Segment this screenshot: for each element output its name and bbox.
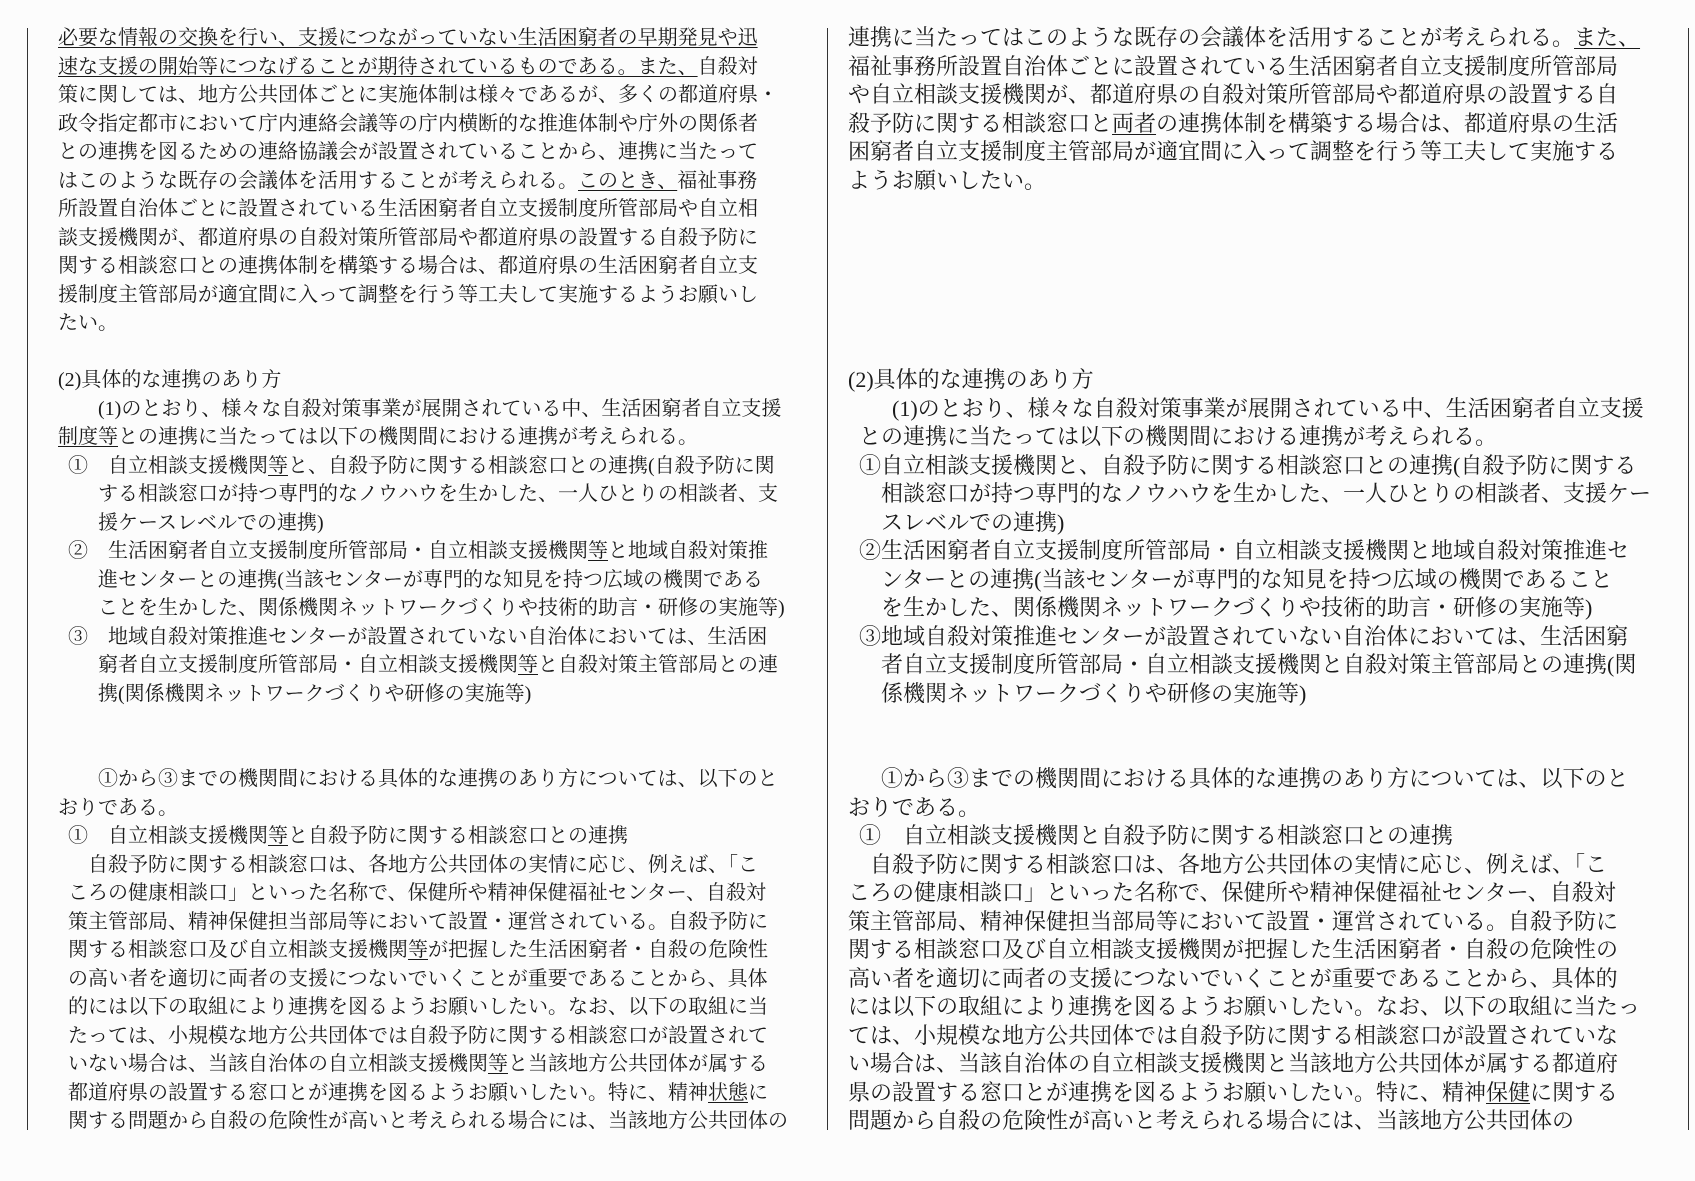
- text-segment: と、自殺予防に関する相談窓口との連携(自殺予防に関: [288, 455, 775, 477]
- text-line: 福祉事務所設置自治体ごとに設置されている生活困窮者自立支援制度所管部局: [848, 53, 1651, 82]
- underlined-text: 等: [488, 1053, 508, 1075]
- text-line: 策主管部局、精神保健担当部局等において設置・運営されている。自殺予防に: [58, 908, 788, 937]
- text-line: との連携に当たっては以下の機関間における連携が考えられる。: [848, 423, 1651, 452]
- text-line: 速な支援の開始等につなげることが期待されているものである。また、自殺対: [58, 53, 788, 82]
- text-segment: 関する問題から自殺の危険性が高いと考えられる場合には、当該地方公共団体の: [68, 1110, 788, 1132]
- text-line: [848, 224, 1651, 253]
- text-segment: には以下の取組により連携を図るようお願いしたい。なお、以下の取組に当たっ: [848, 994, 1640, 1019]
- text-line: 相談窓口が持つ専門的なノウハウを生かした、一人ひとりの相談者、支援ケー: [848, 480, 1651, 509]
- text-line: 関する相談窓口との連携体制を構築する場合は、都道府県の生活困窮者自立支: [58, 252, 788, 281]
- text-line: する相談窓口が持つ専門的なノウハウを生かした、一人ひとりの相談者、支: [58, 480, 788, 509]
- text-line: 関する問題から自殺の危険性が高いと考えられる場合には、当該地方公共団体の: [58, 1107, 788, 1136]
- text-line: ころの健康相談口」といった名称で、保健所や精神保健福祉センター、自殺対: [58, 879, 788, 908]
- underlined-text: また、: [1574, 25, 1640, 50]
- underlined-text: 状態: [708, 1082, 748, 1104]
- text-segment: (2)具体的な連携のあり方: [848, 367, 1094, 392]
- text-segment: との連携を図るための連絡協議会が設置されていることから、連携に当たって: [58, 141, 758, 163]
- text-segment: い場合は、当該自治体の自立相談支援機関と当該地方公共団体が属する都道府: [848, 1051, 1618, 1076]
- text-segment: 困窮者自立支援制度主管部局が適宜間に入って調整を行う等工夫して実施する: [848, 139, 1618, 164]
- text-segment: と地域自殺対策推: [608, 540, 768, 562]
- text-line: ③地域自殺対策推進センターが設置されていない自治体においては、生活困窮: [848, 623, 1651, 652]
- text-line: 殺予防に関する相談窓口と両者の連携体制を構築する場合は、都道府県の生活: [848, 110, 1651, 139]
- text-line: 進センターとの連携(当該センターが専門的な知見を持つ広域の機関である: [58, 566, 788, 595]
- text-line: い場合は、当該自治体の自立相談支援機関と当該地方公共団体が属する都道府: [848, 1050, 1651, 1079]
- text-segment: 者自立支援制度所管部局・自立相談支援機関と自殺対策主管部局との連携(関: [881, 652, 1636, 677]
- text-line: ②生活困窮者自立支援制度所管部局・自立相談支援機関と地域自殺対策推進セ: [848, 537, 1651, 566]
- text-line: や自立相談支援機関が、都道府県の自殺対策所管部局や都道府県の設置する自: [848, 81, 1651, 110]
- text-segment: と自殺予防に関する相談窓口との連携: [288, 825, 628, 847]
- text-line: 所設置自治体ごとに設置されている生活困窮者自立支援制度所管部局や自立相: [58, 195, 788, 224]
- underlined-text: 保健: [1486, 1080, 1530, 1105]
- text-segment: と自殺対策主管部局との連: [538, 654, 778, 676]
- text-line: [848, 281, 1651, 310]
- text-line: いない場合は、当該自治体の自立相談支援機関等と当該地方公共団体が属する: [58, 1050, 788, 1079]
- text-segment: いない場合は、当該自治体の自立相談支援機関: [68, 1053, 488, 1075]
- text-segment: ころの健康相談口」といった名称で、保健所や精神保健福祉センター、自殺対: [848, 880, 1616, 905]
- text-line: 困窮者自立支援制度主管部局が適宜間に入って調整を行う等工夫して実施する: [848, 138, 1651, 167]
- text-segment: 策に関しては、地方公共団体ごとに実施体制は様々であるが、多くの都道府県・: [58, 84, 778, 106]
- text-segment: 連携に当たってはこのような既存の会議体を活用することが考えられる。: [848, 25, 1574, 50]
- underlined-text: 速な支援の開始等につなげることが期待されているものである。また、: [58, 56, 698, 78]
- text-line: たい。: [58, 309, 788, 338]
- table-border-left: [27, 28, 28, 1130]
- text-segment: 殺予防に関する相談窓口と: [848, 111, 1112, 136]
- text-segment: と当該地方公共団体が属する: [508, 1053, 768, 1075]
- text-segment: ては、小規模な地方公共団体では自殺予防に関する相談窓口が設置されていな: [848, 1023, 1618, 1048]
- text-segment: たっては、小規模な地方公共団体では自殺予防に関する相談窓口が設置されて: [68, 1025, 768, 1047]
- column-right-text: 連携に当たってはこのような既存の会議体を活用することが考えられる。また、福祉事務…: [848, 24, 1651, 1136]
- text-segment: との連携に当たっては以下の機関間における連携が考えられる。: [118, 426, 698, 448]
- text-segment: 窮者自立支援制度所管部局・自立相談支援機関: [98, 654, 518, 676]
- table-column-divider: [827, 28, 828, 1130]
- text-line: [848, 252, 1651, 281]
- text-line: ては、小規模な地方公共団体では自殺予防に関する相談窓口が設置されていな: [848, 1022, 1651, 1051]
- text-line: ①から③までの機関間における具体的な連携のあり方については、以下のと: [58, 765, 788, 794]
- underlined-text: 等: [518, 654, 538, 676]
- text-segment: 係機関ネットワークづくりや研修の実施等): [881, 681, 1306, 706]
- text-line: [848, 737, 1651, 766]
- text-segment: 所設置自治体ごとに設置されている生活困窮者自立支援制度所管部局や自立相: [58, 198, 758, 220]
- underlined-text: このとき、: [578, 170, 677, 192]
- document-page: 必要な情報の交換を行い、支援につながっていない生活困窮者の早期発見や迅速な支援の…: [0, 0, 1695, 1181]
- text-segment: に関する: [1530, 1080, 1618, 1105]
- text-line: 援ケースレベルでの連携): [58, 509, 788, 538]
- text-line: はこのような既存の会議体を活用することが考えられる。このとき、福祉事務: [58, 167, 788, 196]
- text-segment: ころの健康相談口」といった名称で、保健所や精神保健福祉センター、自殺対: [68, 882, 766, 904]
- text-line: ① 自立相談支援機関と自殺予防に関する相談窓口との連携: [848, 822, 1651, 851]
- text-line: (2)具体的な連携のあり方: [848, 366, 1651, 395]
- text-line: ① 自立相談支援機関等と、自殺予防に関する相談窓口との連携(自殺予防に関: [58, 452, 788, 481]
- text-segment: を生かした、関係機関ネットワークづくりや技術的助言・研修の実施等): [881, 595, 1592, 620]
- text-segment: 的には以下の取組により連携を図るようお願いしたい。なお、以下の取組に当: [68, 996, 768, 1018]
- text-segment: との連携に当たっては以下の機関間における連携が考えられる。: [859, 424, 1497, 449]
- text-line: 自殺予防に関する相談窓口は、各地方公共団体の実情に応じ、例えば、「こ: [58, 851, 788, 880]
- text-line: ンターとの連携(当該センターが専門的な知見を持つ広域の機関であること: [848, 566, 1651, 595]
- text-line: 談支援機関が、都道府県の自殺対策所管部局や都道府県の設置する自殺予防に: [58, 224, 788, 253]
- text-line: 県の設置する窓口とが連携を図るようお願いしたい。特に、精神保健に関する: [848, 1079, 1651, 1108]
- text-segment: (1)のとおり、様々な自殺対策事業が展開されている中、生活困窮者自立支援: [892, 396, 1644, 421]
- text-segment: 援ケースレベルでの連携): [98, 512, 324, 534]
- underlined-text: 等: [588, 540, 608, 562]
- text-segment: 県の設置する窓口とが連携を図るようお願いしたい。特に、精神: [848, 1080, 1486, 1105]
- text-segment: 問題から自殺の危険性が高いと考えられる場合には、当該地方公共団体の: [848, 1108, 1574, 1133]
- text-line: たっては、小規模な地方公共団体では自殺予防に関する相談窓口が設置されて: [58, 1022, 788, 1051]
- text-segment: ① 自立相談支援機関: [68, 825, 268, 847]
- text-segment: 政令指定都市において庁内連絡会議等の庁内横断的な推進体制や庁外の関係者: [58, 113, 758, 135]
- text-segment: 自殺予防に関する相談窓口は、各地方公共団体の実情に応じ、例えば、「こ: [88, 854, 758, 876]
- column-left-text: 必要な情報の交換を行い、支援につながっていない生活困窮者の早期発見や迅速な支援の…: [58, 24, 788, 1136]
- text-segment: や自立相談支援機関が、都道府県の自殺対策所管部局や都道府県の設置する自: [848, 82, 1618, 107]
- text-segment: 関する相談窓口との連携体制を構築する場合は、都道府県の生活困窮者自立支: [58, 255, 758, 277]
- text-line: スレベルでの連携): [848, 509, 1651, 538]
- text-segment: おりである。: [58, 797, 178, 819]
- text-line: 政令指定都市において庁内連絡会議等の庁内横断的な推進体制や庁外の関係者: [58, 110, 788, 139]
- text-line: には以下の取組により連携を図るようお願いしたい。なお、以下の取組に当たっ: [848, 993, 1651, 1022]
- text-segment: 高い者を適切に両者の支援につないでいくことが重要であることから、具体的: [848, 966, 1618, 991]
- text-line: 必要な情報の交換を行い、支援につながっていない生活困窮者の早期発見や迅: [58, 24, 788, 53]
- text-line: ことを生かした、関係機関ネットワークづくりや技術的助言・研修の実施等): [58, 594, 788, 623]
- text-segment: 相談窓口が持つ専門的なノウハウを生かした、一人ひとりの相談者、支援ケー: [881, 481, 1651, 506]
- text-line: ようお願いしたい。: [848, 167, 1651, 196]
- underlined-text: 必要な情報の交換を行い、支援につながっていない生活困窮者の早期発見や迅: [58, 27, 758, 49]
- text-line: (2)具体的な連携のあり方: [58, 366, 788, 395]
- text-segment: スレベルでの連携): [881, 510, 1064, 535]
- text-segment: 福祉事務所設置自治体ごとに設置されている生活困窮者自立支援制度所管部局: [848, 54, 1618, 79]
- text-line: [58, 338, 788, 367]
- text-line: [848, 708, 1651, 737]
- text-segment: が把握した生活困窮者・自殺の危険性: [428, 939, 768, 961]
- text-line: 高い者を適切に両者の支援につないでいくことが重要であることから、具体的: [848, 965, 1651, 994]
- text-segment: の高い者を適切に両者の支援につないでいくことが重要であることから、具体: [68, 968, 768, 990]
- text-segment: の連携体制を構築する場合は、都道府県の生活: [1156, 111, 1618, 136]
- text-line: 的には以下の取組により連携を図るようお願いしたい。なお、以下の取組に当: [58, 993, 788, 1022]
- text-line: [848, 309, 1651, 338]
- text-segment: に: [748, 1082, 768, 1104]
- table-border-right: [1688, 28, 1689, 1130]
- text-segment: ③ 地域自殺対策推進センターが設置されていない自治体においては、生活困: [68, 626, 767, 648]
- text-line: (1)のとおり、様々な自殺対策事業が展開されている中、生活困窮者自立支援: [848, 395, 1651, 424]
- text-line: 都道府県の設置する窓口とが連携を図るようお願いしたい。特に、精神状態に: [58, 1079, 788, 1108]
- text-line: ①自立相談支援機関と、自殺予防に関する相談窓口との連携(自殺予防に関する: [848, 452, 1651, 481]
- text-segment: ようお願いしたい。: [848, 168, 1046, 193]
- text-line: (1)のとおり、様々な自殺対策事業が展開されている中、生活困窮者自立支援: [58, 395, 788, 424]
- text-segment: ①自立相談支援機関と、自殺予防に関する相談窓口との連携(自殺予防に関する: [859, 453, 1636, 478]
- text-segment: おりである。: [848, 795, 980, 820]
- text-segment: 策主管部局、精神保健担当部局等において設置・運営されている。自殺予防に: [848, 909, 1618, 934]
- text-line: 携(関係機関ネットワークづくりや研修の実施等): [58, 680, 788, 709]
- underlined-text: 両者: [1112, 111, 1156, 136]
- text-line: 関する相談窓口及び自立相談支援機関が把握した生活困窮者・自殺の危険性の: [848, 936, 1651, 965]
- text-segment: ンターとの連携(当該センターが専門的な知見を持つ広域の機関であること: [881, 567, 1613, 592]
- text-segment: 携(関係機関ネットワークづくりや研修の実施等): [98, 683, 531, 705]
- text-line: ② 生活困窮者自立支援制度所管部局・自立相談支援機関等と地域自殺対策推: [58, 537, 788, 566]
- text-segment: ①から③までの機関間における具体的な連携のあり方については、以下のと: [98, 768, 778, 790]
- text-segment: (1)のとおり、様々な自殺対策事業が展開されている中、生活困窮者自立支援: [98, 398, 781, 420]
- text-segment: する相談窓口が持つ専門的なノウハウを生かした、一人ひとりの相談者、支: [98, 483, 778, 505]
- text-segment: 策主管部局、精神保健担当部局等において設置・運営されている。自殺予防に: [68, 911, 768, 933]
- text-segment: 援制度主管部局が適宜間に入って調整を行う等工夫して実施するようお願いし: [58, 284, 758, 306]
- text-segment: 関する相談窓口及び自立相談支援機関: [68, 939, 408, 961]
- text-line: 係機関ネットワークづくりや研修の実施等): [848, 680, 1651, 709]
- text-line: 問題から自殺の危険性が高いと考えられる場合には、当該地方公共団体の: [848, 1107, 1651, 1136]
- text-segment: ① 自立相談支援機関と自殺予防に関する相談窓口との連携: [859, 823, 1453, 848]
- text-line: 者自立支援制度所管部局・自立相談支援機関と自殺対策主管部局との連携(関: [848, 651, 1651, 680]
- text-line: [58, 737, 788, 766]
- text-line: おりである。: [848, 794, 1651, 823]
- text-line: [58, 708, 788, 737]
- underlined-text: 制度等: [58, 426, 118, 448]
- text-line: [848, 338, 1651, 367]
- text-segment: 自殺対: [698, 56, 758, 78]
- text-line: 援制度主管部局が適宜間に入って調整を行う等工夫して実施するようお願いし: [58, 281, 788, 310]
- text-segment: 自殺予防に関する相談窓口は、各地方公共団体の実情に応じ、例えば、「こ: [870, 852, 1607, 877]
- text-segment: はこのような既存の会議体を活用することが考えられる。: [58, 170, 578, 192]
- text-line: ころの健康相談口」といった名称で、保健所や精神保健福祉センター、自殺対: [848, 879, 1651, 908]
- text-segment: 談支援機関が、都道府県の自殺対策所管部局や都道府県の設置する自殺予防に: [58, 227, 758, 249]
- text-line: 策主管部局、精神保健担当部局等において設置・運営されている。自殺予防に: [848, 908, 1651, 937]
- text-line: 策に関しては、地方公共団体ごとに実施体制は様々であるが、多くの都道府県・: [58, 81, 788, 110]
- underlined-text: 等: [268, 455, 288, 477]
- text-segment: ① 自立相談支援機関: [68, 455, 268, 477]
- text-line: おりである。: [58, 794, 788, 823]
- text-segment: 進センターとの連携(当該センターが専門的な知見を持つ広域の機関である: [98, 569, 763, 591]
- text-segment: 都道府県の設置する窓口とが連携を図るようお願いしたい。特に、精神: [68, 1082, 708, 1104]
- text-segment: 福祉事務: [677, 170, 757, 192]
- text-line: を生かした、関係機関ネットワークづくりや技術的助言・研修の実施等): [848, 594, 1651, 623]
- text-line: 連携に当たってはこのような既存の会議体を活用することが考えられる。また、: [848, 24, 1651, 53]
- text-line: ③ 地域自殺対策推進センターが設置されていない自治体においては、生活困: [58, 623, 788, 652]
- text-line: 自殺予防に関する相談窓口は、各地方公共団体の実情に応じ、例えば、「こ: [848, 851, 1651, 880]
- text-line: の高い者を適切に両者の支援につないでいくことが重要であることから、具体: [58, 965, 788, 994]
- text-line: ①から③までの機関間における具体的な連携のあり方については、以下のと: [848, 765, 1651, 794]
- text-line: ① 自立相談支援機関等と自殺予防に関する相談窓口との連携: [58, 822, 788, 851]
- underlined-text: 等: [408, 939, 428, 961]
- text-line: 関する相談窓口及び自立相談支援機関等が把握した生活困窮者・自殺の危険性: [58, 936, 788, 965]
- text-line: との連携を図るための連絡協議会が設置されていることから、連携に当たって: [58, 138, 788, 167]
- text-line: 窮者自立支援制度所管部局・自立相談支援機関等と自殺対策主管部局との連: [58, 651, 788, 680]
- text-line: [848, 195, 1651, 224]
- text-segment: たい。: [58, 312, 118, 334]
- text-segment: (2)具体的な連携のあり方: [58, 369, 281, 391]
- text-segment: ことを生かした、関係機関ネットワークづくりや技術的助言・研修の実施等): [98, 597, 785, 619]
- text-segment: ③地域自殺対策推進センターが設置されていない自治体においては、生活困窮: [859, 624, 1628, 649]
- text-segment: ①から③までの機関間における具体的な連携のあり方については、以下のと: [881, 766, 1629, 791]
- text-segment: ② 生活困窮者自立支援制度所管部局・自立相談支援機関: [68, 540, 588, 562]
- text-line: 制度等との連携に当たっては以下の機関間における連携が考えられる。: [58, 423, 788, 452]
- text-segment: 関する相談窓口及び自立相談支援機関が把握した生活困窮者・自殺の危険性の: [848, 937, 1618, 962]
- text-segment: ②生活困窮者自立支援制度所管部局・自立相談支援機関と地域自殺対策推進セ: [859, 538, 1629, 563]
- underlined-text: 等: [268, 825, 288, 847]
